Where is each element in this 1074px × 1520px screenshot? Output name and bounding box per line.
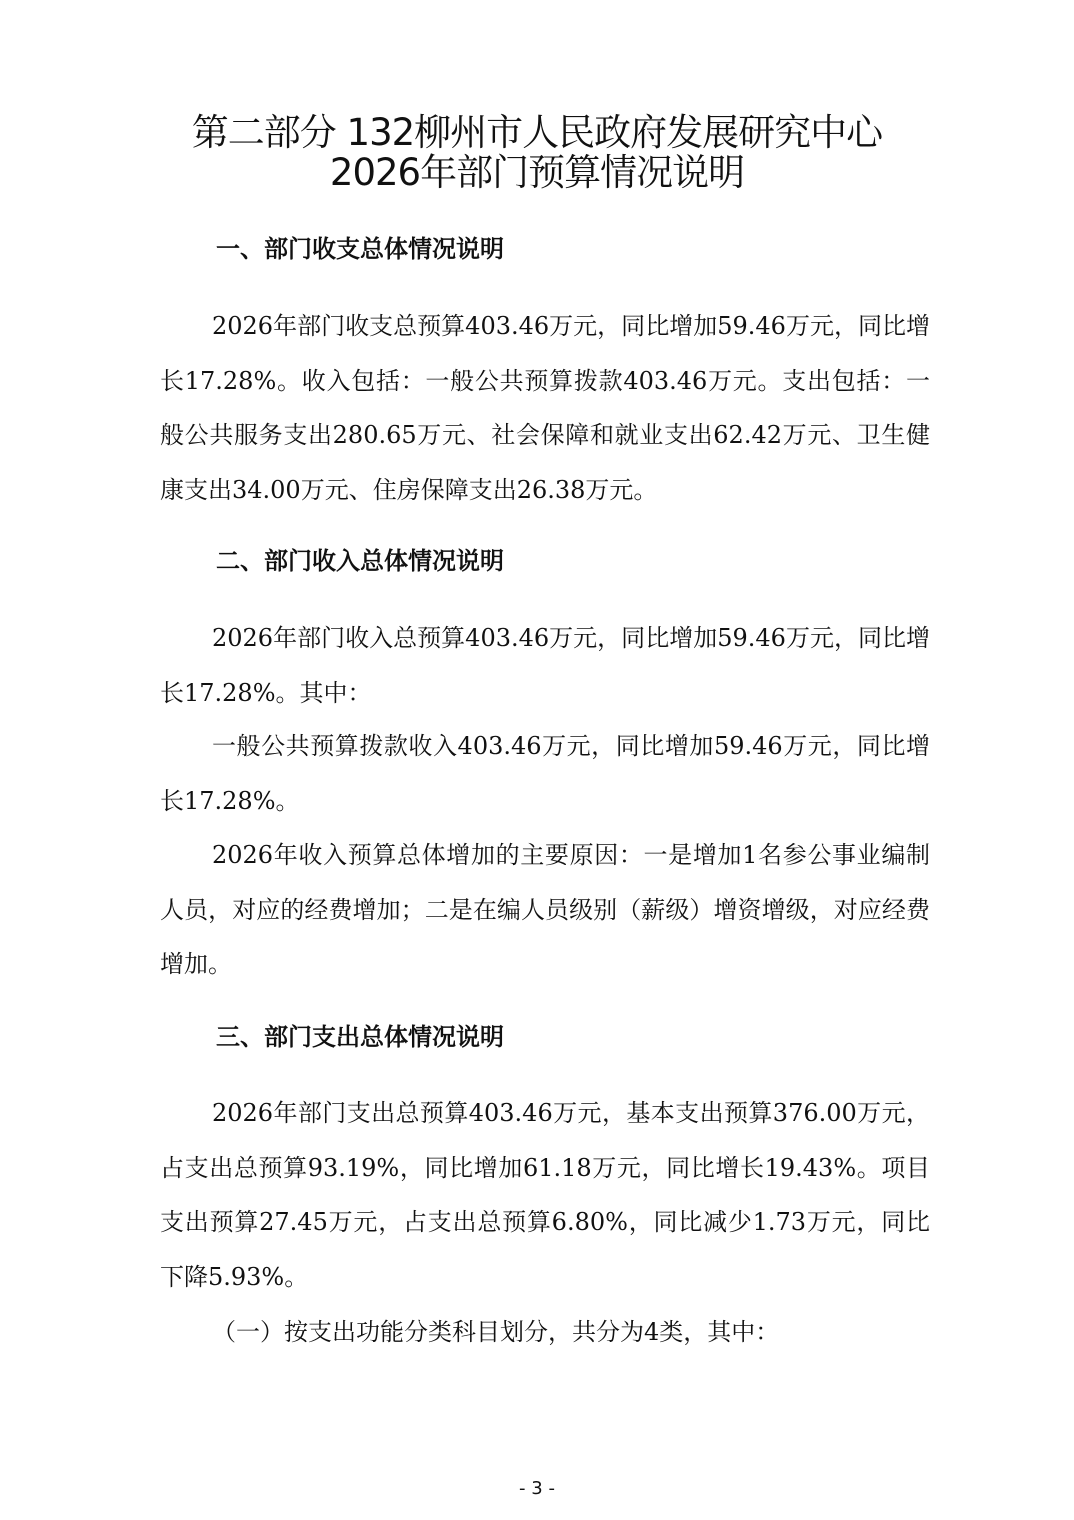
page-number: - 3 - — [0, 1478, 1074, 1499]
section-1-paragraph-1: 2026年部门收支总预算403.46万元，同比增加59.46万元，同比增长17.… — [160, 299, 930, 517]
section-3-paragraph-1: 2026年部门支出总预算403.46万元，基本支出预算376.00万元，占支出总… — [160, 1086, 930, 1304]
section-3-heading: 三、部门支出总体情况说明 — [216, 1022, 504, 1052]
section-2-heading: 二、部门收入总体情况说明 — [216, 546, 504, 576]
section-2-paragraph-2: 一般公共预算拨款收入403.46万元，同比增加59.46万元，同比增长17.28… — [160, 719, 930, 828]
section-2-paragraph-1: 2026年部门收入总预算403.46万元，同比增加59.46万元，同比增长17.… — [160, 611, 930, 720]
section-1-heading: 一、部门收支总体情况说明 — [216, 234, 504, 264]
section-2-paragraph-3: 2026年收入预算总体增加的主要原因：一是增加1名参公事业编制人员，对应的经费增… — [160, 828, 930, 992]
section-3-paragraph-2: （一）按支出功能分类科目划分，共分为4类，其中： — [160, 1305, 930, 1360]
document-title-line2: 2026年部门预算情况说明 — [0, 150, 1074, 196]
